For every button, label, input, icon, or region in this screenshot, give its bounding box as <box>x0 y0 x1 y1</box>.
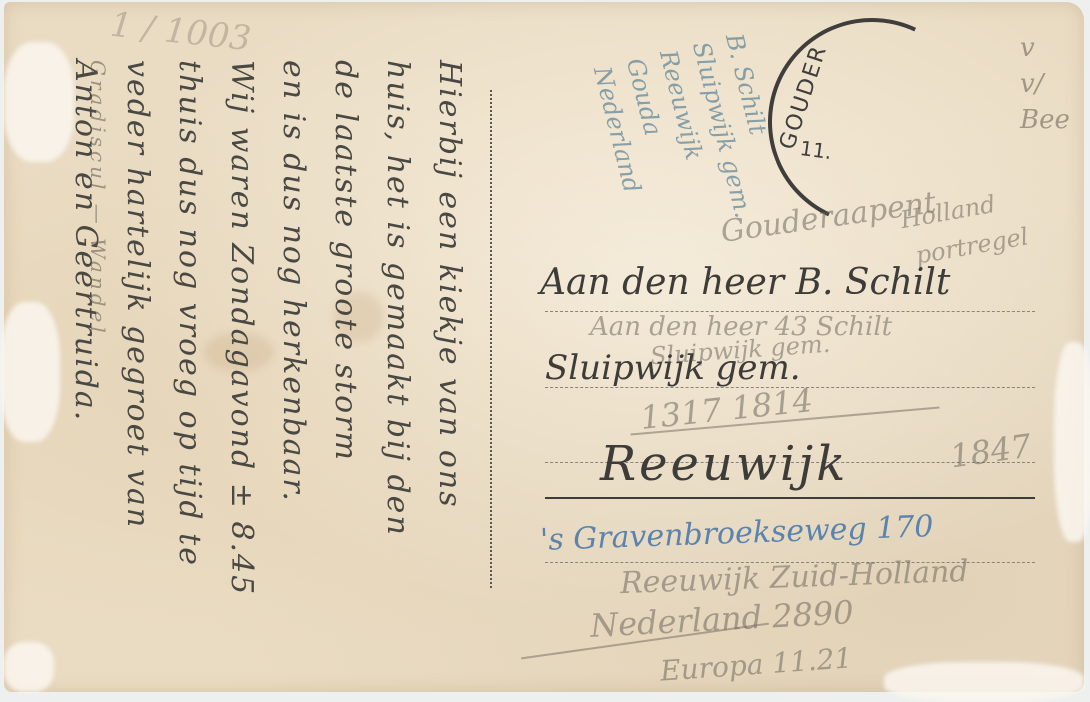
paper-wear <box>1054 342 1090 542</box>
card-divider <box>490 90 492 588</box>
edge-note: v/ <box>1020 66 1070 102</box>
address-city: Reeuwijk <box>600 436 848 492</box>
message-line: huis, het is gemaakt bij den <box>371 60 423 600</box>
city-underline <box>545 497 1035 499</box>
edge-note: v <box>1020 30 1070 66</box>
edge-pencil-notes: v v/ Bee <box>1020 30 1070 138</box>
edge-note: Bee <box>1020 102 1070 138</box>
message-line: Wij waren Zondagavond ± 8.45 <box>215 60 267 600</box>
message-line: en is dus nog herkenbaar. <box>267 60 319 600</box>
address-line-2: Sluipwijk gem. <box>545 348 801 388</box>
addressee-line: Aan den heer B. Schilt <box>540 262 950 303</box>
message-line: de laatste groote storm <box>319 60 371 600</box>
message-line: Hierbij een kiekje van ons <box>423 60 475 600</box>
paper-wear <box>4 642 54 692</box>
message-line: veder hartelijk gegroet van <box>111 60 163 600</box>
margin-pencil-note: Gradiscul — Wandel <box>86 60 110 337</box>
paper-wear <box>884 662 1084 696</box>
postmark-date: 11. <box>798 136 833 164</box>
message-line: thuis dus nog vroeg op tijd te <box>163 60 215 600</box>
